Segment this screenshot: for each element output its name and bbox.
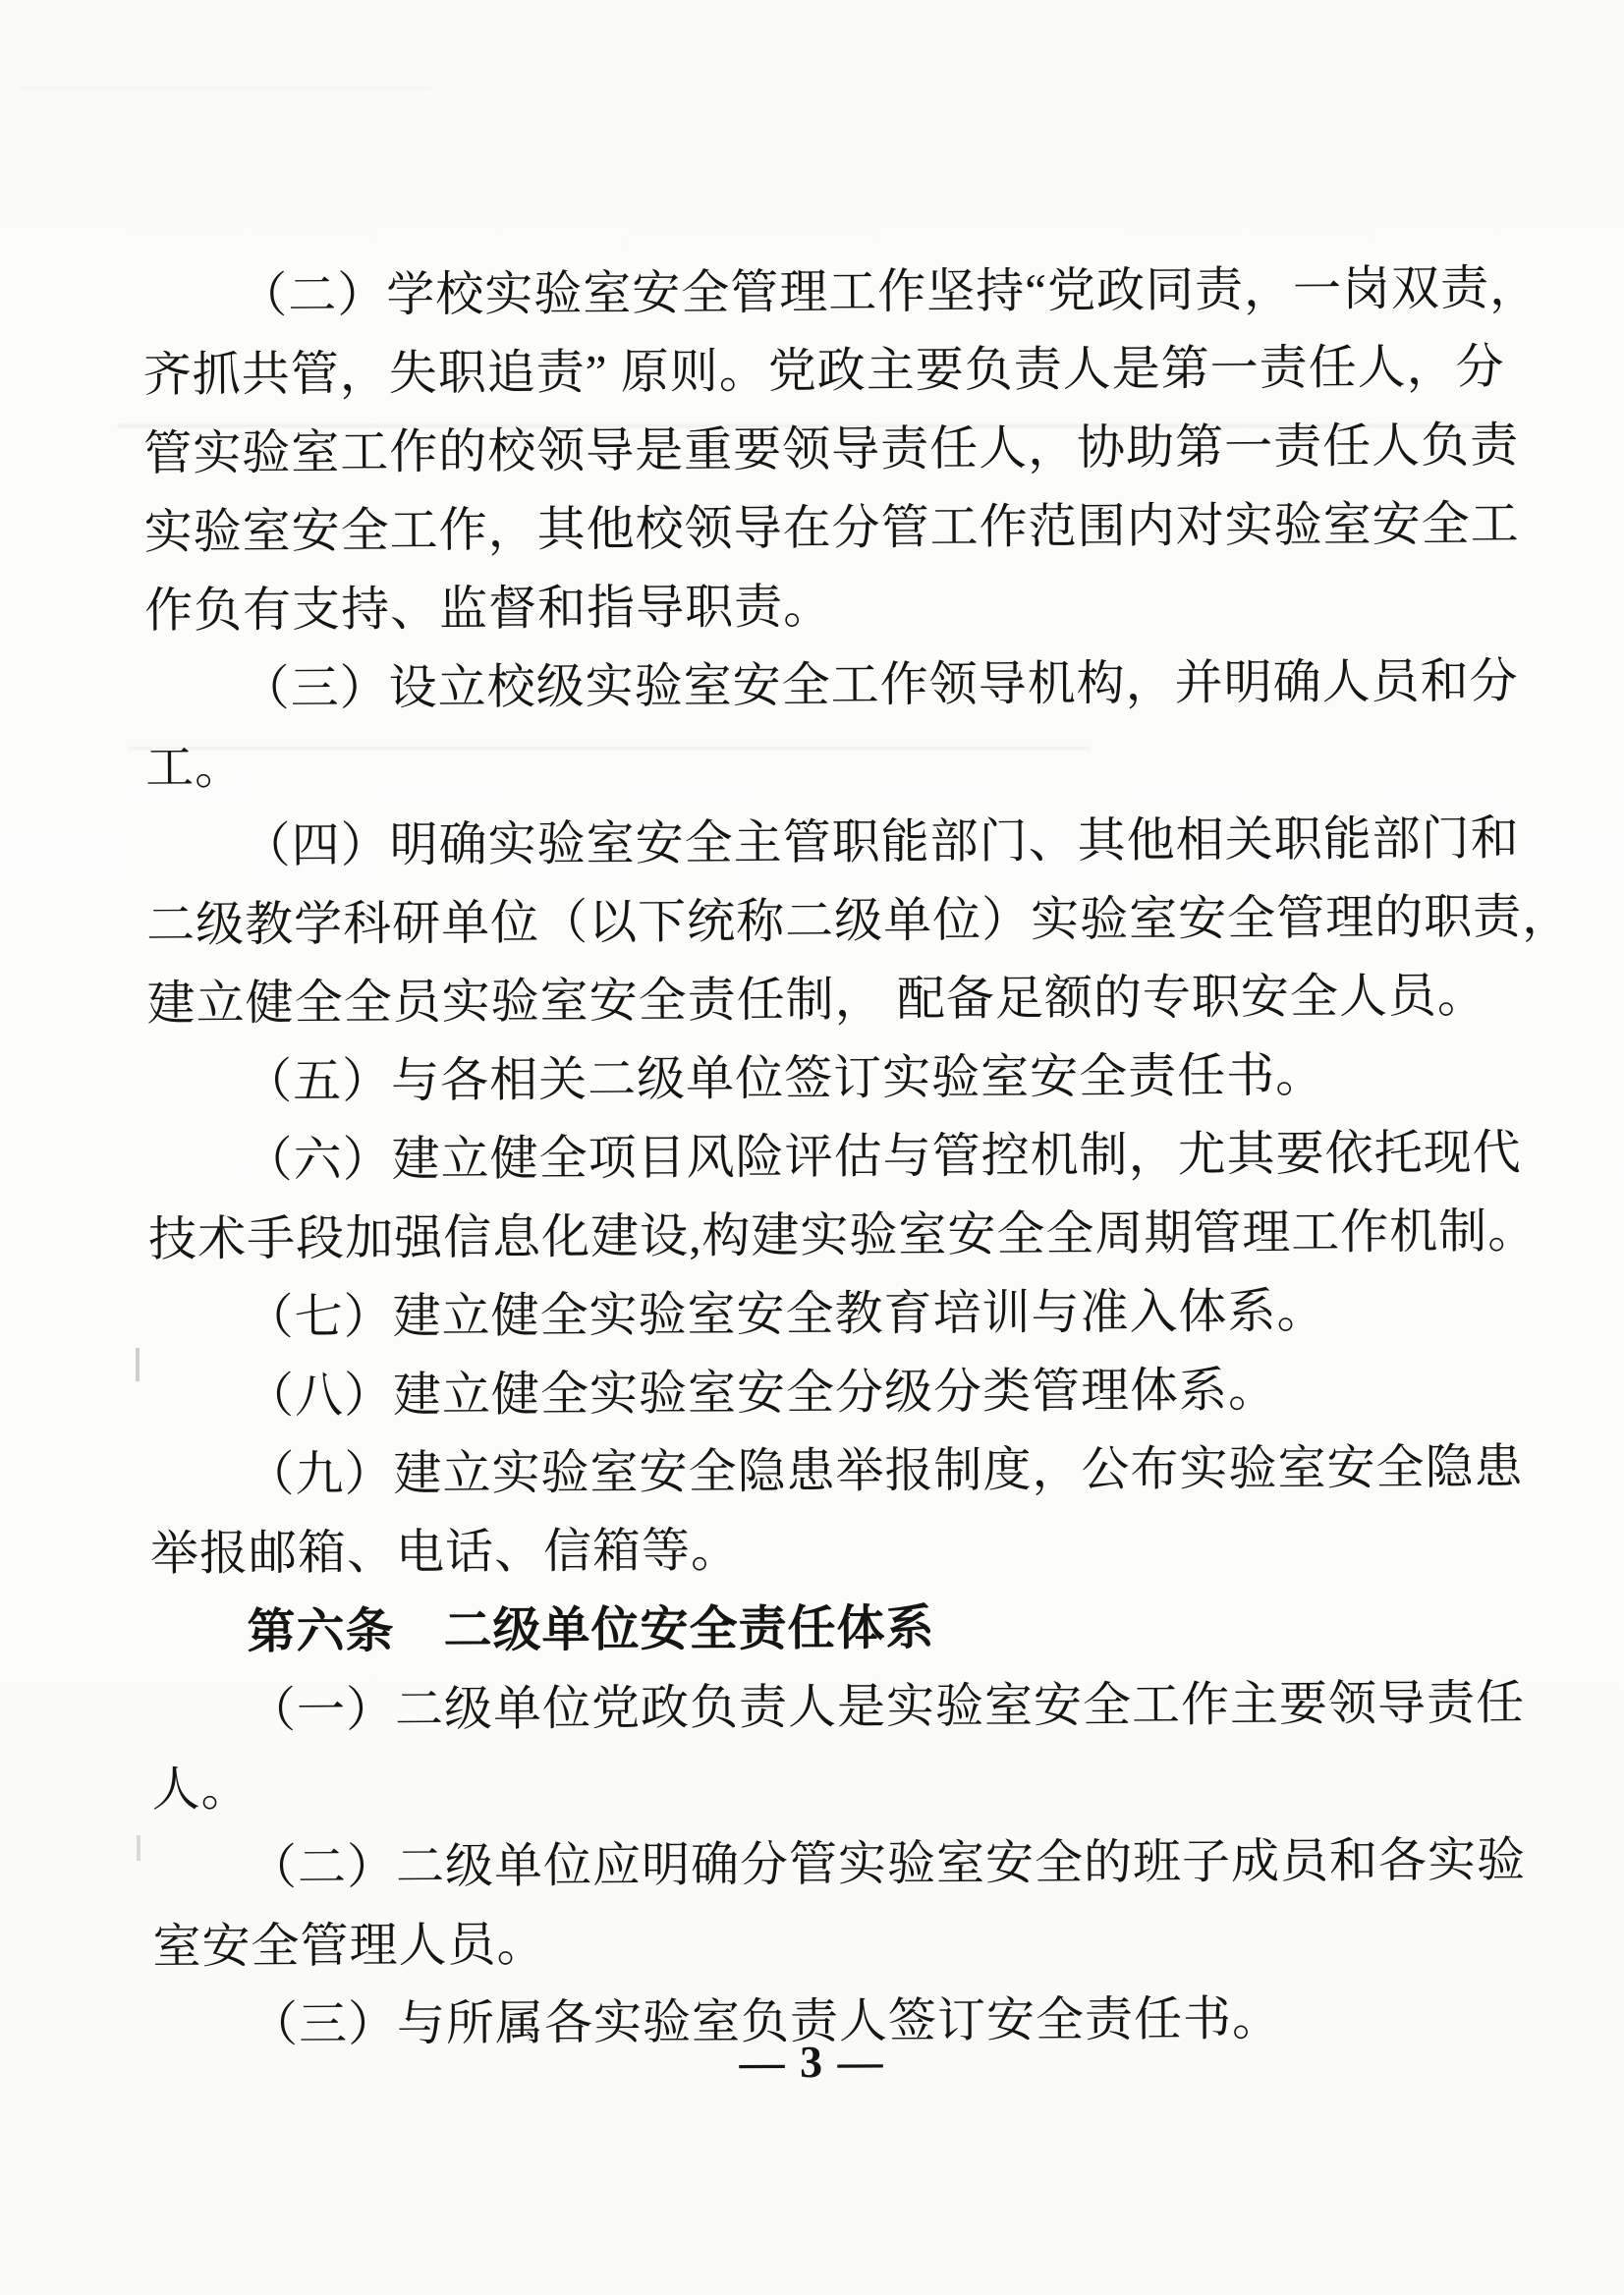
text-line: （一）二级单位党政负责人是实验室安全工作主要领导责任 [151,1664,1512,1751]
text-line: （五）与各相关二级单位签订实验室安全责任书。 [147,1036,1508,1122]
scan-edge-mark [137,1835,140,1861]
text-line: 实验室安全工作，其他校领导在分管工作范围内对实验室安全工 [143,485,1504,572]
text-line: 作负有支持、监督和指导职责。 [144,564,1505,650]
page-number: — 3 — [0,2032,1624,2093]
scan-streak [20,86,432,89]
text-line: （三）设立校级实验室安全工作领导机构，并明确人员和分 [144,643,1505,729]
text-line: 人。 [151,1743,1512,1829]
text-line: （九）建立实验室安全隐患举报制度，公布实验室安全隐患 [149,1428,1510,1515]
article-heading: 第六条 二级单位安全责任体系 [150,1586,1511,1672]
page-container: （二）学校实验室安全管理工作坚持“党政同责，一岗双责，齐抓共管，失职追责” 原则… [0,0,1624,2295]
text-line: （七）建立健全实验室安全教育培训与准入体系。 [148,1271,1509,1358]
scan-edge-mark [136,1348,140,1381]
text-line: 二级教学科研单位（以下统称二级单位）实验室安全管理的职责， [146,878,1507,965]
text-line: 齐抓共管，失职追责” 原则。党政主要负责人是第一责任人，分 [142,328,1503,415]
text-line: （八）建立健全实验室安全分级分类管理体系。 [149,1350,1510,1436]
text-line: 建立健全全员实验室安全责任制， 配备足额的专职安全人员。 [146,957,1507,1043]
text-line: 技术手段加强信息化建设,构建实验室安全全周期管理工作机制。 [148,1193,1509,1279]
document-body: （二）学校实验室安全管理工作坚持“党政同责，一岗双责，齐抓共管，失职追责” 原则… [142,250,1514,2065]
text-line: （二）学校实验室安全管理工作坚持“党政同责，一岗双责， [142,250,1503,336]
text-line: 工。 [145,721,1506,808]
text-line: 管实验室工作的校领导是重要领导责任人，协助第一责任人负责 [143,407,1504,493]
text-line: （六）建立健全项目风险评估与管控机制，尤其要依托现代 [147,1114,1508,1201]
text-line: 举报邮箱、电话、信箱等。 [150,1507,1511,1594]
text-line: （四）明确实验室安全主管职能部门、其他相关职能部门和 [145,800,1506,886]
text-line: 室安全管理人员。 [152,1900,1513,1987]
text-line: （二）二级单位应明确分管实验室安全的班子成员和各实验 [152,1821,1513,1908]
